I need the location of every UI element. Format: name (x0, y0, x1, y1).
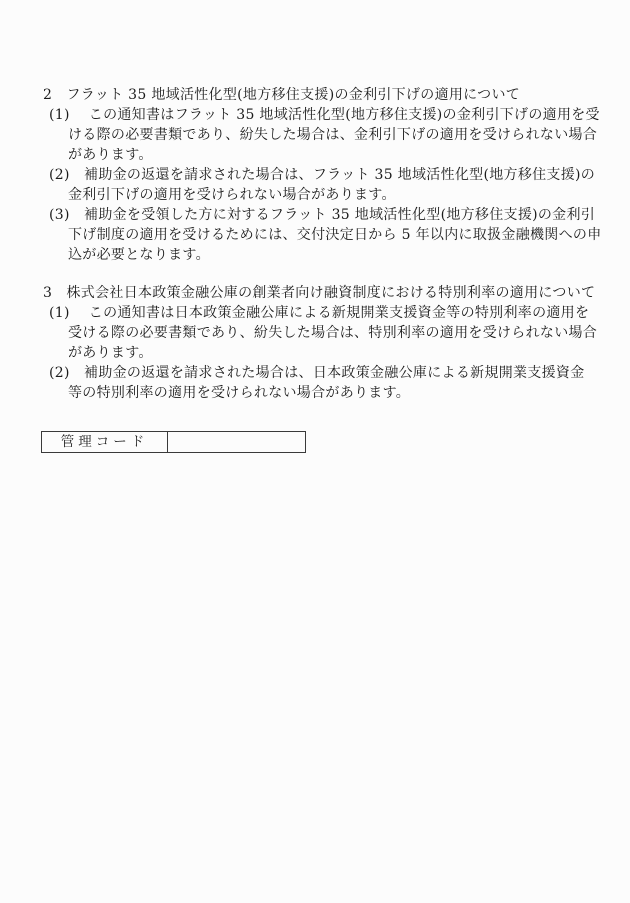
section-2-item-3-line-1: (3) 補助金を受領した方に対するフラット 35 地域活性化型(地方移住支援)の… (0, 205, 630, 225)
section-3-heading: 3 株式会社日本政策金融公庫の創業者向け融資制度における特別利率の適用について (0, 283, 630, 303)
section-3-item-1-line-3: があります。 (0, 343, 630, 363)
section-jfc-special-rate: 3 株式会社日本政策金融公庫の創業者向け融資制度における特別利率の適用について … (0, 283, 630, 403)
document-page: 2 フラット 35 地域活性化型(地方移住支援)の金利引下げの適用について (1… (0, 0, 630, 903)
section-2-item-1-line-1: (1) この通知書はフラット 35 地域活性化型(地方移住支援)の金利引下げの適… (0, 105, 630, 125)
admin-code-table: 管理コード (41, 431, 306, 453)
section-2-item-3-line-3: 込が必要となります。 (0, 245, 630, 265)
section-2-heading: 2 フラット 35 地域活性化型(地方移住支援)の金利引下げの適用について (0, 85, 630, 105)
admin-code-value (168, 432, 305, 452)
section-3-item-1-line-1: (1) この通知書は日本政策金融公庫による新規開業支援資金等の特別利率の適用を (0, 303, 630, 323)
section-2-item-1-line-2: ける際の必要書類であり、紛失した場合は、金利引下げの適用を受けられない場合 (0, 125, 630, 145)
admin-code-label: 管理コード (42, 432, 168, 452)
section-3-item-2-line-2: 等の特別利率の適用を受けられない場合があります。 (0, 383, 630, 403)
section-2-item-3-line-2: 下げ制度の適用を受けるためには、交付決定日から 5 年以内に取扱金融機関への申 (0, 225, 630, 245)
section-flat35-rate-discount: 2 フラット 35 地域活性化型(地方移住支援)の金利引下げの適用について (1… (0, 85, 630, 265)
section-2-item-2-line-1: (2) 補助金の返還を請求された場合は、フラット 35 地域活性化型(地方移住支… (0, 165, 630, 185)
section-3-item-2-line-1: (2) 補助金の返還を請求された場合は、日本政策金融公庫による新規開業支援資金 (0, 363, 630, 383)
section-2-item-1-line-3: があります。 (0, 145, 630, 165)
section-2-item-2-line-2: 金利引下げの適用を受けられない場合があります。 (0, 185, 630, 205)
section-3-item-1-line-2: 受ける際の必要書類であり、紛失した場合は、特別利率の適用を受けられない場合 (0, 323, 630, 343)
